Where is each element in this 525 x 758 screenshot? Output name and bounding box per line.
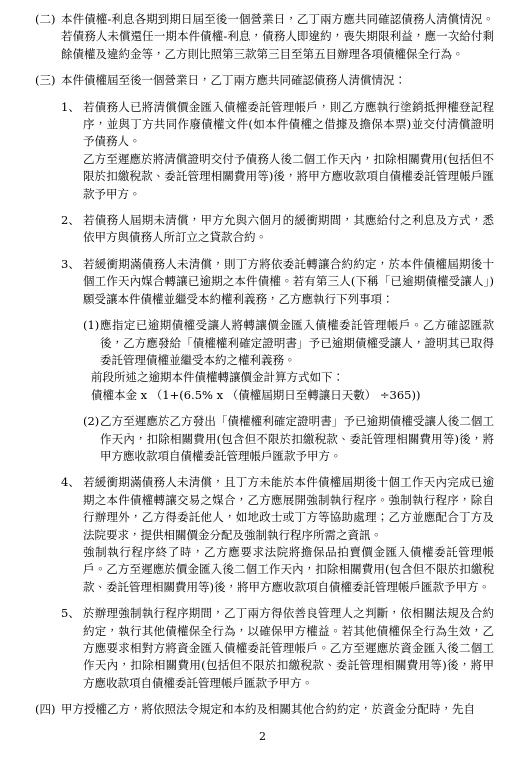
list-item-3-label: 3、 — [61, 256, 83, 465]
section-2-text: 本件債權-利息各期到期日屆至後一個營業日，乙丁兩方應共同確認債務人清償情況。若債… — [61, 11, 494, 63]
list-item-5: 5、 於辦理強制執行程序期間，乙丁兩方得依善良管理人之判斷，依相關法規及合約約定… — [61, 605, 494, 692]
list-item-4-label: 4、 — [61, 474, 83, 596]
list-item-5-body: 於辦理強制執行程序期間，乙丁兩方得依善良管理人之判斷，依相關法規及合約約定，執行… — [83, 605, 494, 692]
page-number: 2 — [0, 728, 525, 745]
list-item-2-body: 若債務人屆期未清償，甲方允與六個月的緩衝期間，其應給付之利息及方式，悉依甲方與債… — [83, 212, 494, 247]
sub-item-2-body: 乙方至遲應於乙方發出「債權權利確定證明書」予已逾期債權受讓人後二個工作天內，扣除… — [100, 413, 494, 465]
list-item-2: 2、 若債務人屆期未清償，甲方允與六個月的緩衝期間，其應給付之利息及方式，悉依甲… — [61, 212, 494, 247]
section-3-text: 本件債權屆至後一個營業日，乙丁兩方應共同確認債務人清償情況： — [61, 72, 494, 89]
list-item-1-paragraph: 若債務人已將清償價金匯入債權委託管理帳戶，則乙方應執行塗銷抵押權登記程序，並與丁… — [83, 99, 494, 151]
section-2: (二) 本件債權-利息各期到期日屆至後一個營業日，乙丁兩方應共同確認債務人清償情… — [35, 11, 494, 63]
list-item-3: 3、 若緩衝期滿債務人未清償，則丁方將依委託轉讓合約約定，於本件債權屆期後十個工… — [61, 256, 494, 465]
list-item-1-label: 1、 — [61, 99, 83, 203]
section-3: (三) 本件債權屆至後一個營業日，乙丁兩方應共同確認債務人清償情況： 1、 若債… — [35, 72, 494, 692]
list-item-1-paragraph: 乙方至遲應於將清償證明交付予債務人後二個工作天內，扣除相關費用(包括但不限於扣繳… — [83, 151, 494, 203]
formula-intro: 前段所述之逾期本件債權轉讓價金計算方式如下： — [91, 369, 494, 386]
section-3-body: 本件債權屆至後一個營業日，乙丁兩方應共同確認債務人清償情況： 1、 若債務人已將… — [61, 72, 494, 692]
list-item-4-paragraph: 若緩衝期滿債務人未清償，且丁方未能於本件債權屆期後十個工作天內完成已逾期之本件債… — [83, 474, 494, 544]
sub-item-2: (2) 乙方至遲應於乙方發出「債權權利確定證明書」予已逾期債權受讓人後二個工作天… — [83, 413, 494, 465]
list-item-4-paragraph: 強制執行程序終了時，乙方應要求法院將擔保品拍賣價金匯入債權委託管理帳戶。乙方至遲… — [83, 544, 494, 596]
section-4-text: 甲方授權乙方，將依照法令規定和本約及相關其他合約約定，於資金分配時，先自 — [61, 701, 494, 718]
sub-item-2-paragraph: 乙方至遲應於乙方發出「債權權利確定證明書」予已逾期債權受讓人後二個工作天內，扣除… — [100, 413, 494, 465]
list-item-4: 4、 若緩衝期滿債務人未清償，且丁方未能於本件債權屆期後十個工作天內完成已逾期之… — [61, 474, 494, 596]
transfer-price-formula: 債權本金 x （1+(6.5% x （債權屆期日至轉讓日天數） ÷365)) — [91, 387, 494, 404]
list-item-4-body: 若緩衝期滿債務人未清償，且丁方未能於本件債權屆期後十個工作天內完成已逾期之本件債… — [83, 474, 494, 596]
sub-item-1: (1) 應指定已逾期債權受讓人將轉讓價金匯入債權委託管理帳戶。乙方確認匯款後，乙… — [83, 317, 494, 404]
list-item-1: 1、 若債務人已將清償價金匯入債權委託管理帳戶，則乙方應執行塗銷抵押權登記程序，… — [61, 99, 494, 203]
list-item-2-paragraph: 若債務人屆期未清償，甲方允與六個月的緩衝期間，其應給付之利息及方式，悉依甲方與債… — [83, 212, 494, 247]
sub-item-1-paragraph: 應指定已逾期債權受讓人將轉讓價金匯入債權委託管理帳戶。乙方確認匯款後，乙方應發給… — [100, 317, 494, 369]
sub-item-2-label: (2) — [83, 413, 100, 465]
list-item-5-paragraph: 於辦理強制執行程序期間，乙丁兩方得依善良管理人之判斷，依相關法規及合約約定，執行… — [83, 605, 494, 692]
list-item-3-paragraph: 若緩衝期滿債務人未清償，則丁方將依委託轉讓合約約定，於本件債權屆期後十個工作天內… — [83, 256, 494, 308]
formula-group: 前段所述之逾期本件債權轉讓價金計算方式如下： 債權本金 x （1+(6.5% x… — [91, 369, 494, 404]
section-4-label: (四) — [35, 701, 61, 718]
list-item-3-body: 若緩衝期滿債務人未清償，則丁方將依委託轉讓合約約定，於本件債權屆期後十個工作天內… — [83, 256, 494, 465]
list-item-5-label: 5、 — [61, 605, 83, 692]
list-item-2-label: 2、 — [61, 212, 83, 247]
section-4: (四) 甲方授權乙方，將依照法令規定和本約及相關其他合約約定，於資金分配時，先自 — [35, 701, 494, 718]
section-3-label: (三) — [35, 72, 61, 692]
section-2-label: (二) — [35, 11, 61, 63]
sub-item-1-body: 應指定已逾期債權受讓人將轉讓價金匯入債權委託管理帳戶。乙方確認匯款後，乙方應發給… — [100, 317, 494, 404]
document-page: (二) 本件債權-利息各期到期日屆至後一個營業日，乙丁兩方應共同確認債務人清償情… — [0, 0, 525, 758]
list-item-1-body: 若債務人已將清償價金匯入債權委託管理帳戶，則乙方應執行塗銷抵押權登記程序，並與丁… — [83, 99, 494, 203]
